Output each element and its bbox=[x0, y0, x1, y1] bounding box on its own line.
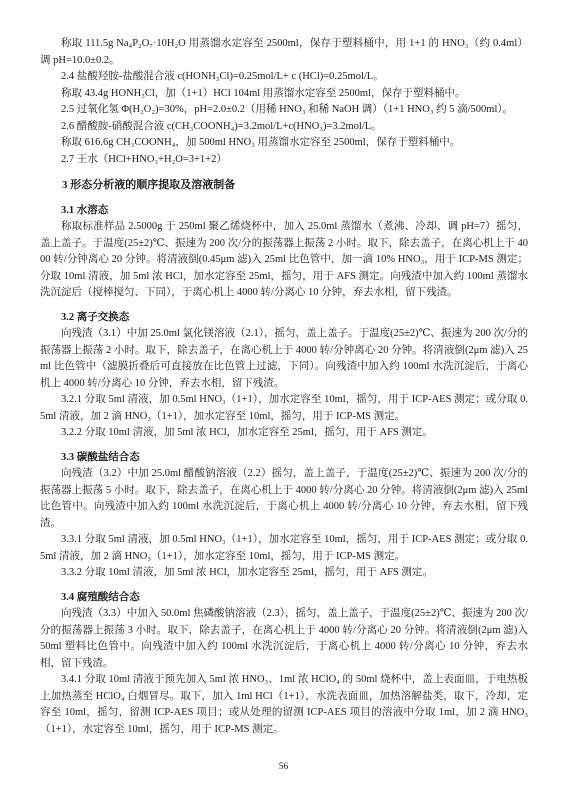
page-number: 56 bbox=[0, 762, 567, 772]
paragraph-3-4-procedure: 向残渣（3.3）中加入 50.0ml 焦磷酸钠溶液（2.3），摇匀，盖上盖子，于… bbox=[40, 606, 528, 672]
section-heading-3: 3 形态分析液的顺序提取及溶液制备 bbox=[40, 177, 528, 194]
paragraph-reagent-pyrophosphate-prep: 称取 111.5g Na₄P₂O₇·10H₂O 用蒸馏水定容至 2500ml，保… bbox=[40, 36, 528, 69]
paragraph-3-2-procedure: 向残渣（3.1）中加 25.0ml 氯化镁溶液（2.1），摇匀，盖上盖子。于温度… bbox=[40, 326, 528, 392]
paragraph-3-3-2: 3.3.2 分取 10ml 清液，加 5ml 浓 HCl，加水定容至 25ml，… bbox=[40, 565, 528, 582]
paragraph-ammonium-acetate-prep: 称取 616.6g CH₃COONH₄，加 500ml HNO₃ 用蒸馏水定容至… bbox=[40, 135, 528, 152]
paragraph-3-2-1: 3.2.1 分取 5ml 清液，加 0.5ml HNO₃（1+1），加水定容至 … bbox=[40, 392, 528, 425]
paragraph-item-2-5: 2.5 过氧化氢 Φ(H₂O₂)=30%，pH=2.0±0.2（用稀 HNO₃ … bbox=[40, 102, 528, 119]
paragraph-3-3-1: 3.3.1 分取 5ml 清液，加 0.5ml HNO₃（1+1），加水定容至 … bbox=[40, 532, 528, 565]
paragraph-item-2-6: 2.6 醋酸胺-硝酸混合液 c(CH₃COONH₄)=3.2mol/L+c(HN… bbox=[40, 119, 528, 136]
subsection-heading-3-2: 3.2 离子交换态 bbox=[40, 310, 528, 327]
page-content: 称取 111.5g Na₄P₂O₇·10H₂O 用蒸馏水定容至 2500ml，保… bbox=[40, 36, 528, 738]
paragraph-hydroxylamine-prep: 称取 43.4g HONH₃Cl，加（1+1）HCl 104ml 用蒸馏水定容至… bbox=[40, 86, 528, 103]
subsection-heading-3-4: 3.4 腐殖酸结合态 bbox=[40, 590, 528, 607]
paragraph-item-2-4: 2.4 盐酸羟胺-盐酸混合液 c(HONH₃Cl)=0.25mol/L+ c (… bbox=[40, 69, 528, 86]
document-page: 称取 111.5g Na₄P₂O₇·10H₂O 用蒸馏水定容至 2500ml，保… bbox=[0, 0, 567, 796]
paragraph-3-1-procedure: 称取标准样品 2.5000g 于 250ml 聚乙烯烧杯中，加入 25.0ml … bbox=[40, 219, 528, 302]
subsection-heading-3-3: 3.3 碳酸盐结合态 bbox=[40, 450, 528, 467]
paragraph-item-2-7: 2.7 王水（HCl+HNO₃+H₂O=3+1+2） bbox=[40, 152, 528, 169]
paragraph-3-3-procedure: 向残渣（3.2）中加 25.0ml 醋酸钠溶液（2.2）摇匀，盖上盖子，于温度(… bbox=[40, 466, 528, 532]
paragraph-3-2-2: 3.2.2 分取 10ml 清液，加 5ml 浓 HCl，加水定容至 25ml，… bbox=[40, 425, 528, 442]
paragraph-3-4-1: 3.4.1 分取 10ml 清液于预先加入 5ml 浓 HNO₃、1ml 浓 H… bbox=[40, 672, 528, 738]
subsection-heading-3-1: 3.1 水溶态 bbox=[40, 203, 528, 220]
